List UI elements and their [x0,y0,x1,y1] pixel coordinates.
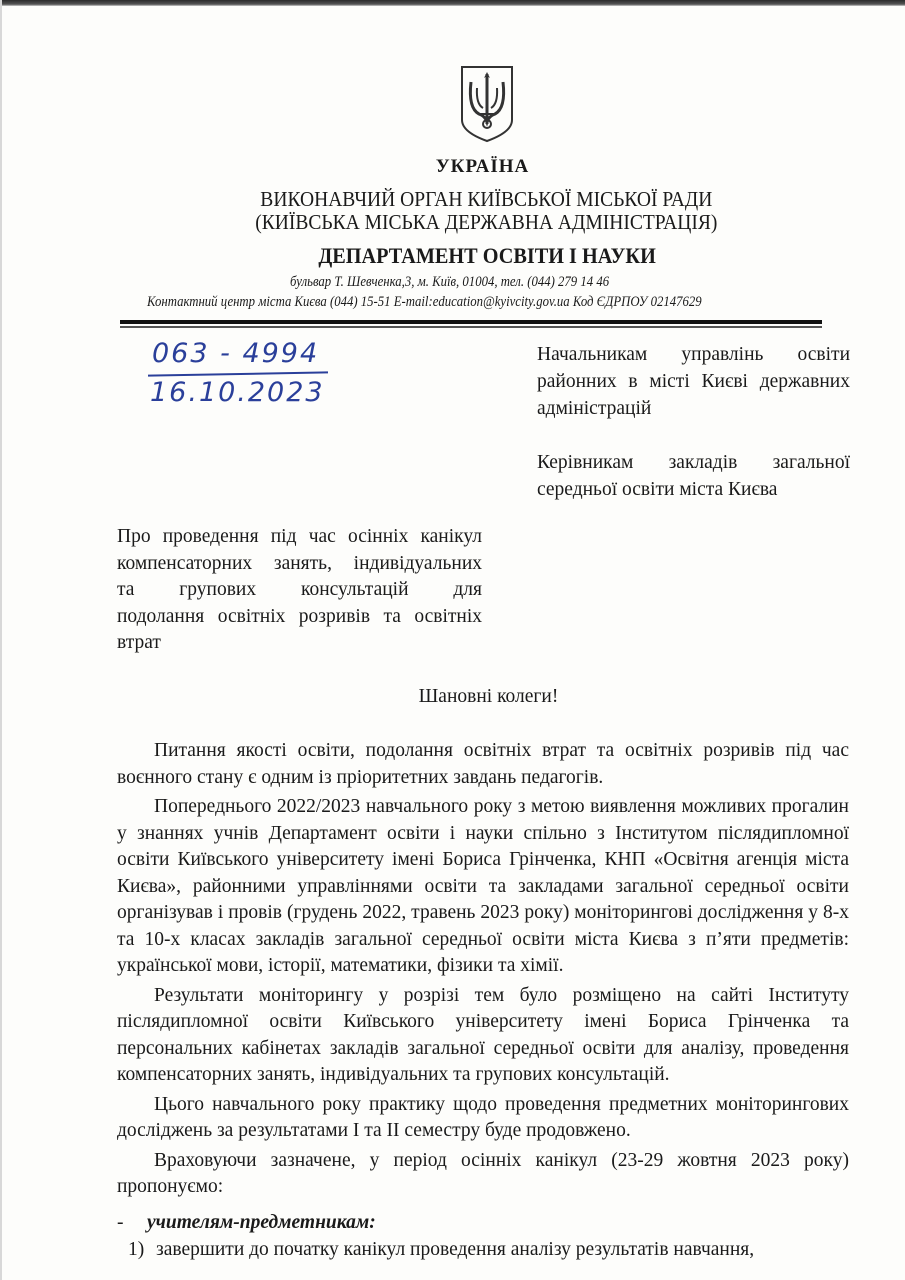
header-rule-thick [120,320,822,324]
address-line-1: бульвар Т. Шевченка,3, м. Київ, 01004, т… [290,274,609,291]
header-rule-thin [120,326,822,328]
list-item-text: завершити до початку канікул проведення … [156,1239,754,1260]
document-page: УКРАЇНА ВИКОНАВЧИЙ ОРГАН КИЇВСЬКОЇ МІСЬК… [0,0,905,1280]
subject-line: Про проведення під час осінніх канікул [117,524,482,551]
organization-line-2: (КИЇВСЬКА МІСЬКА ДЕРЖАВНА АДМІНІСТРАЦІЯ) [33,210,875,235]
body-paragraph: Результати моніторингу у розрізі тем бул… [117,983,849,1089]
country-name: УКРАЇНА [0,156,905,178]
letter-subject: Про проведення під час осінніх канікул к… [117,524,482,657]
handwritten-registration-number: 063 - 4994 [152,338,319,369]
department-name: ДЕПАРТАМЕНТ ОСВІТИ І НАУКИ [38,243,871,269]
body-paragraph: Враховуючи зазначене, у період осінніх к… [117,1148,849,1201]
letter-body: Питання якості освіти, подолання освітні… [117,738,849,1201]
subject-line: компенсаторних занять, індивідуальних [117,551,482,578]
organization-line-1: ВИКОНАВЧИЙ ОРГАН КИЇВСЬКОЇ МІСЬКОЇ РАДИ [33,187,875,212]
list-item: 1)завершити до початку канікул проведенн… [128,1239,754,1261]
addressee-line: Керівникам закладів загальної [537,449,850,476]
list-heading: -учителям-предметникам: [117,1212,376,1234]
body-paragraph: Попереднього 2022/2023 навчального року … [117,794,849,980]
body-paragraph: Питання якості освіти, подолання освітні… [117,738,849,791]
addressee-line: районних в місті Києві державних [537,368,850,395]
subject-line: та групових консультацій для [117,577,482,604]
body-paragraph: Цього навчального року практику щодо про… [117,1092,849,1145]
addressee-district-education: Начальникам управлінь освіти районних в … [537,341,850,422]
handwritten-divider [148,371,328,376]
list-heading-label: учителям-предметникам: [147,1212,376,1233]
contact-line-2: Контактний центр міста Києва (044) 15-51… [147,294,702,311]
list-item-number: 1) [128,1239,156,1261]
subject-line: втрат [117,632,161,653]
list-bullet: - [117,1212,147,1234]
addressee-line: адміністрацій [537,398,651,419]
addressee-line: Начальникам управлінь освіти [537,341,850,368]
addressee-school-heads: Керівникам закладів загальної середньої … [537,449,850,503]
subject-line: подолання освітніх розривів та освітніх [117,604,482,631]
handwritten-registration-date: 16.10.2023 [150,377,325,408]
trident-coat-of-arms-icon [459,64,515,144]
addressee-line: середньої освіти міста Києва [537,479,777,500]
greeting: Шановні колеги! [0,686,905,708]
